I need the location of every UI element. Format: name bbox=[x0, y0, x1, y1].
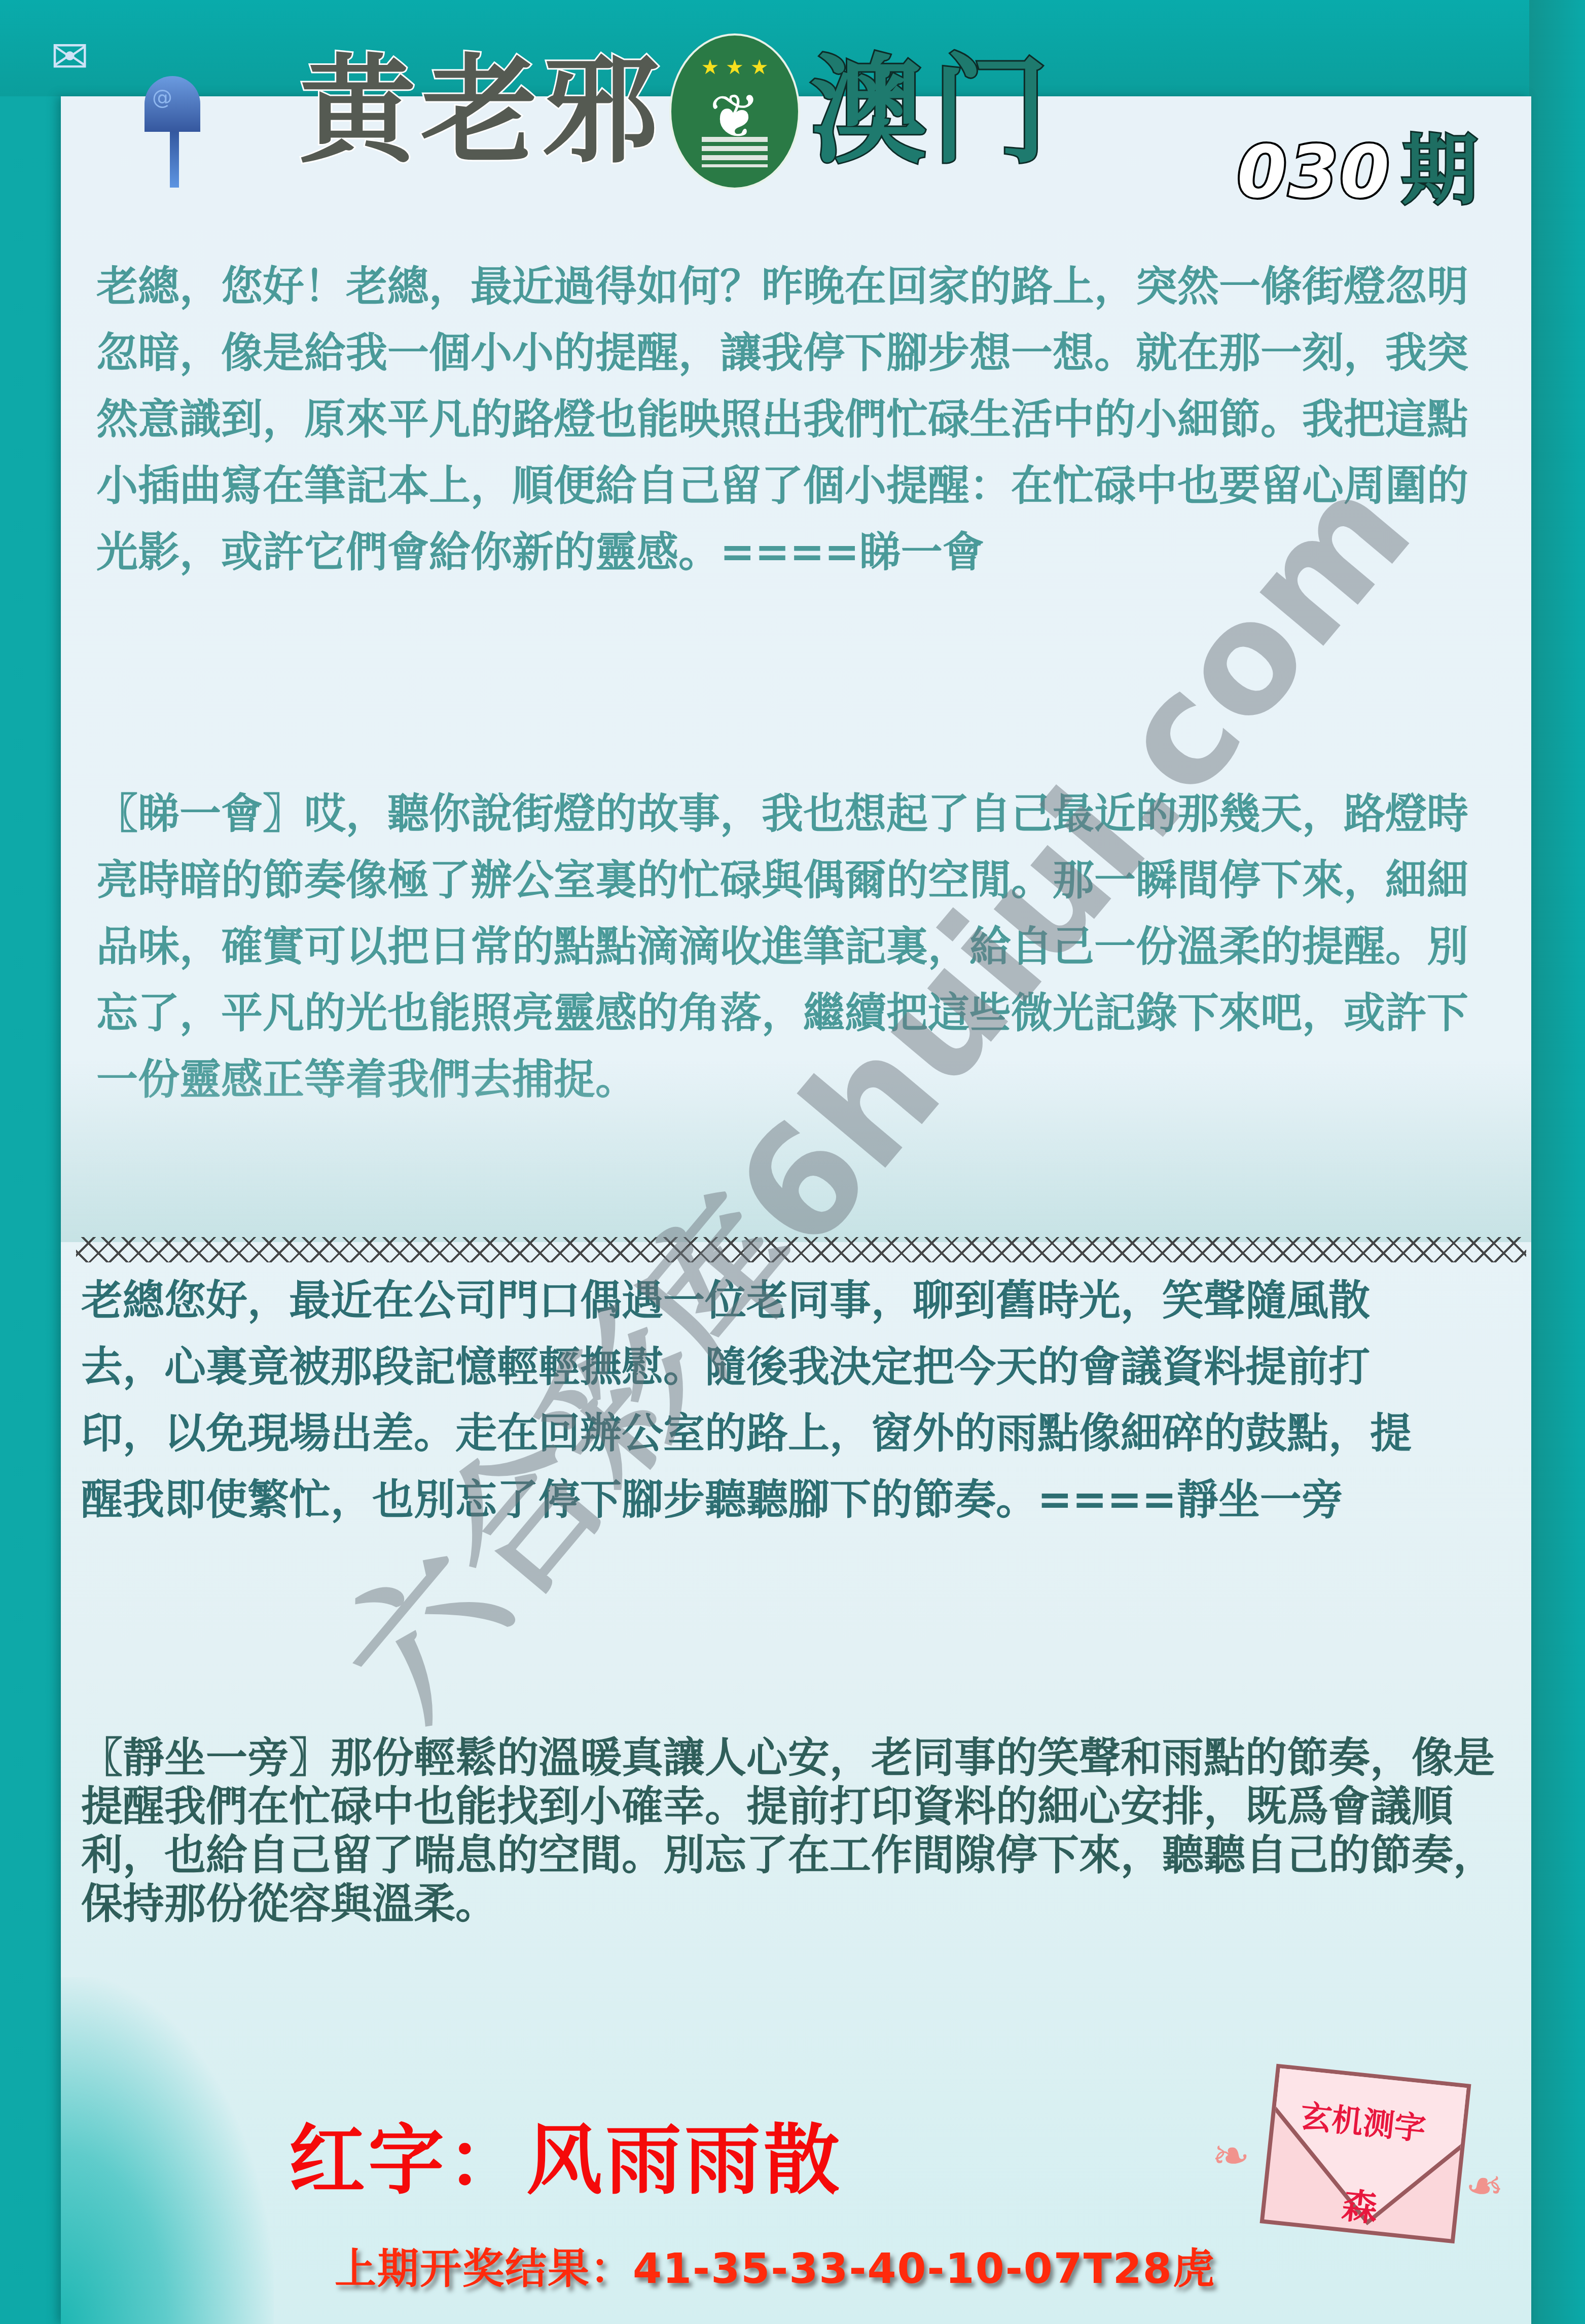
wing-right-icon: ❧ bbox=[1465, 2160, 1503, 2213]
last-draw-result: 上期开奖结果：41-35-33-40-10-07T28虎 bbox=[335, 2236, 1215, 2295]
mailbox-post bbox=[170, 132, 179, 188]
frame-right bbox=[1529, 0, 1585, 2324]
waves-icon bbox=[702, 137, 768, 167]
envelope-character: 森 bbox=[1340, 2177, 1380, 2232]
envelope-icon: ❧ 玄机测字 森 ❧ bbox=[1212, 2068, 1516, 2281]
page-title: 黄老邪 ★ ★ ★ ❦ 澳门 bbox=[299, 35, 1054, 188]
issue-suffix: 期 bbox=[1401, 109, 1478, 219]
post-4-reply: 〖靜坐一旁〗那份輕鬆的溫暖真讓人心安，老同事的笑聲和雨點的節奏，像是提醒我們在忙… bbox=[81, 1734, 1501, 1929]
red-word-hint: 红字：风雨雨散 bbox=[289, 2099, 843, 2208]
page-curl bbox=[61, 1977, 274, 2324]
macau-emblem-icon: ★ ★ ★ ❦ bbox=[669, 33, 800, 190]
title-left: 黄老邪 bbox=[299, 53, 664, 170]
winged-letter-icon: ✉ bbox=[51, 30, 89, 84]
title-right: 澳门 bbox=[810, 53, 1054, 170]
at-sign-icon: @ bbox=[152, 86, 172, 110]
stars-icon: ★ ★ ★ bbox=[671, 56, 798, 79]
issue-number: 030 bbox=[1237, 131, 1391, 214]
envelope-body: 玄机测字 森 bbox=[1260, 2064, 1471, 2244]
wing-left-icon: ❧ bbox=[1212, 2129, 1250, 2183]
mailbox-icon: ✉ @ bbox=[51, 20, 243, 172]
issue-badge: 030 期 bbox=[1237, 109, 1478, 219]
